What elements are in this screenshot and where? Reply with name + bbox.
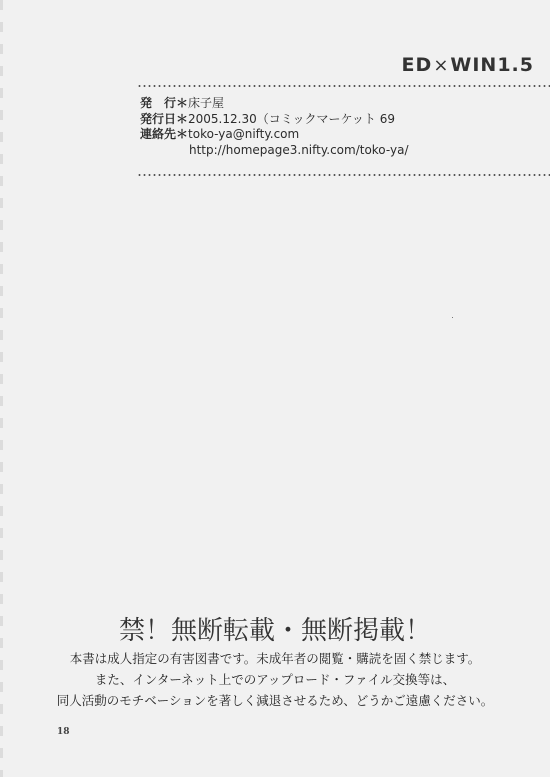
title-left: ED <box>402 54 433 76</box>
warning-line: また、インターネット上でのアップロード・ファイル交換等は、 <box>0 669 550 690</box>
publisher-label: 発 行＊ <box>140 96 188 110</box>
contact-email: toko-ya@nifty.com <box>188 127 299 141</box>
copyright-warning: 禁！無断転載・無断掲載！ 本書は成人指定の有害図書です。未成年者の閲覧・購読を固… <box>0 614 550 711</box>
colophon: 発 行＊床子屋 発行日＊2005.12.30（コミックマーケット 69 連絡先＊… <box>140 96 409 158</box>
dotted-rule-bottom <box>137 174 550 176</box>
warning-line: 同人活動のモチベーションを著しく減退させるため、どうかご遠慮ください。 <box>0 690 550 711</box>
warning-heading: 禁！無断転載・無断掲載！ <box>0 614 550 648</box>
scan-speck <box>452 317 453 318</box>
page-number: 18 <box>57 727 70 737</box>
title-right: WIN1.5 <box>450 54 534 76</box>
contact-url-row: http://homepage3.nifty.com/toko-ya/ <box>140 143 409 159</box>
contact-label: 連絡先＊ <box>140 127 188 141</box>
dotted-rule-top <box>137 85 550 87</box>
book-title: ED×WIN1.5 <box>402 54 534 76</box>
contact-row: 連絡先＊toko-ya@nifty.com <box>140 127 409 143</box>
publisher-value: 床子屋 <box>188 96 224 110</box>
date-row: 発行日＊2005.12.30（コミックマーケット 69 <box>140 112 409 128</box>
publisher-row: 発 行＊床子屋 <box>140 96 409 112</box>
contact-url: http://homepage3.nifty.com/toko-ya/ <box>189 143 409 157</box>
date-value: 2005.12.30（コミックマーケット 69 <box>188 112 395 126</box>
warning-line: 本書は成人指定の有害図書です。未成年者の閲覧・購読を固く禁じます。 <box>0 648 550 669</box>
title-separator: × <box>433 55 449 76</box>
date-label: 発行日＊ <box>140 112 188 126</box>
